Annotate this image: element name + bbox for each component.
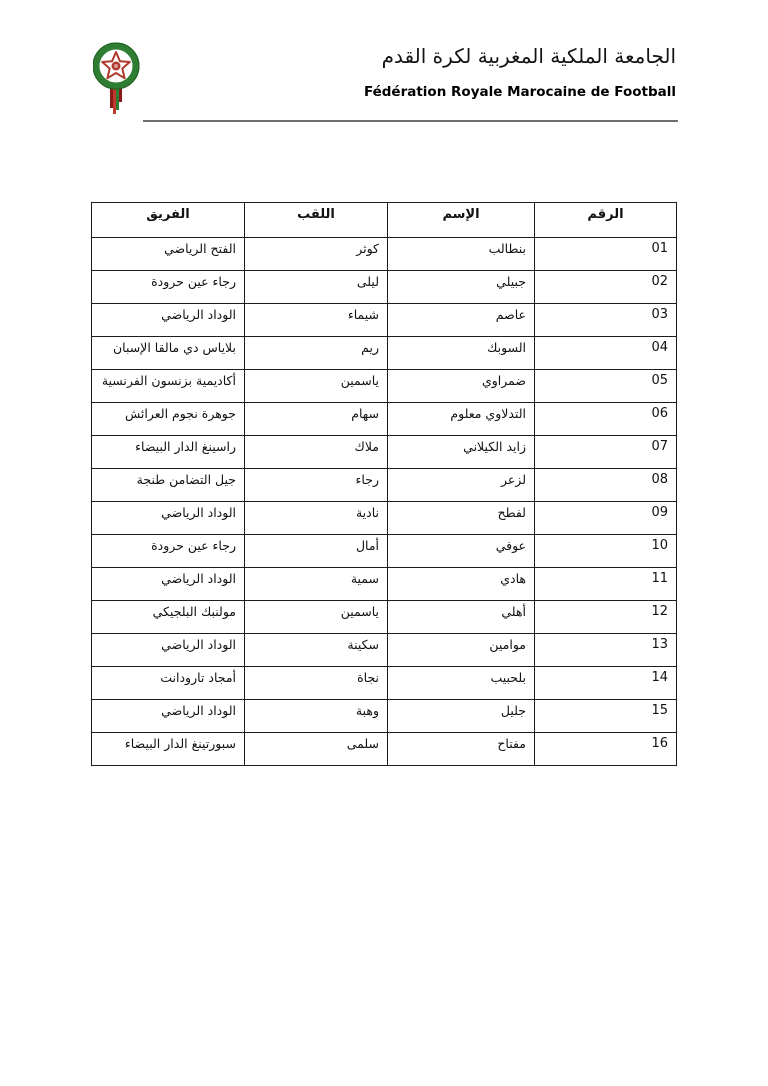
federation-title-arabic: الجامعة الملكية المغربية لكرة القدم: [364, 44, 676, 68]
cell-first-name: أهلي: [388, 601, 535, 634]
cell-number: 03: [535, 304, 677, 337]
cell-team: جيل التضامن طنجة: [92, 469, 245, 502]
table-row: 08 لزعر رجاء جيل التضامن طنجة: [92, 469, 677, 502]
cell-first-name: موامين: [388, 634, 535, 667]
cell-first-name: عاصم: [388, 304, 535, 337]
cell-team: أكاديمية بزنسون الفرنسية: [92, 370, 245, 403]
table-row: 12 أهلي ياسمين مولنبك البلجيكي: [92, 601, 677, 634]
cell-number: 04: [535, 337, 677, 370]
cell-surname: نادية: [245, 502, 388, 535]
cell-surname: كوثر: [245, 238, 388, 271]
cell-number: 07: [535, 436, 677, 469]
table-row: 11 هادي سمية الوداد الرياضي: [92, 568, 677, 601]
frmf-crest-icon: [93, 42, 143, 120]
cell-surname: ياسمين: [245, 370, 388, 403]
cell-team: الوداد الرياضي: [92, 502, 245, 535]
column-header-team: الفريق: [92, 203, 245, 238]
cell-surname: سمية: [245, 568, 388, 601]
cell-team: سبورتينغ الدار البيضاء: [92, 733, 245, 766]
table-row: 09 لفطح نادية الوداد الرياضي: [92, 502, 677, 535]
cell-first-name: هادي: [388, 568, 535, 601]
cell-first-name: عوفي: [388, 535, 535, 568]
cell-surname: ليلى: [245, 271, 388, 304]
cell-number: 12: [535, 601, 677, 634]
cell-number: 01: [535, 238, 677, 271]
cell-surname: ملاك: [245, 436, 388, 469]
cell-team: الوداد الرياضي: [92, 634, 245, 667]
cell-team: رجاء عين حرودة: [92, 271, 245, 304]
cell-number: 15: [535, 700, 677, 733]
table-row: 15 جليل وهبة الوداد الرياضي: [92, 700, 677, 733]
cell-surname: رجاء: [245, 469, 388, 502]
column-header-number: الرقم: [535, 203, 677, 238]
cell-surname: سكينة: [245, 634, 388, 667]
table-row: 07 زايد الكيلاني ملاك راسينغ الدار البيض…: [92, 436, 677, 469]
cell-surname: أمال: [245, 535, 388, 568]
cell-surname: وهبة: [245, 700, 388, 733]
cell-first-name: زايد الكيلاني: [388, 436, 535, 469]
table-row: 01 بنطالب كوثر الفتح الرياضي: [92, 238, 677, 271]
table-row: 16 مفتاح سلمى سبورتينغ الدار البيضاء: [92, 733, 677, 766]
cell-first-name: جبيلي: [388, 271, 535, 304]
cell-number: 06: [535, 403, 677, 436]
table-body: 01 بنطالب كوثر الفتح الرياضي 02 جبيلي لي…: [92, 238, 677, 766]
cell-team: مولنبك البلجيكي: [92, 601, 245, 634]
cell-surname: سهام: [245, 403, 388, 436]
document-page: الجامعة الملكية المغربية لكرة القدم Fédé…: [0, 0, 768, 1086]
cell-surname: نجاة: [245, 667, 388, 700]
cell-first-name: جليل: [388, 700, 535, 733]
cell-number: 16: [535, 733, 677, 766]
cell-first-name: السوبك: [388, 337, 535, 370]
cell-number: 11: [535, 568, 677, 601]
header-titles: الجامعة الملكية المغربية لكرة القدم Fédé…: [364, 44, 676, 100]
cell-number: 13: [535, 634, 677, 667]
cell-team: رجاء عين حرودة: [92, 535, 245, 568]
cell-number: 09: [535, 502, 677, 535]
table-row: 14 بلحبيب نجاة أمجاد تارودانت: [92, 667, 677, 700]
cell-first-name: لفطح: [388, 502, 535, 535]
cell-first-name: بلحبيب: [388, 667, 535, 700]
cell-first-name: ضمراوي: [388, 370, 535, 403]
table-header-row: الرقم الإسم اللقب الفريق: [92, 203, 677, 238]
cell-team: بلاياس دي مالقا الإسبان: [92, 337, 245, 370]
player-roster-table: الرقم الإسم اللقب الفريق 01 بنطالب كوثر …: [91, 202, 677, 766]
cell-first-name: بنطالب: [388, 238, 535, 271]
cell-number: 14: [535, 667, 677, 700]
cell-team: جوهرة نجوم العرائش: [92, 403, 245, 436]
cell-surname: شيماء: [245, 304, 388, 337]
cell-team: الوداد الرياضي: [92, 568, 245, 601]
cell-first-name: لزعر: [388, 469, 535, 502]
cell-surname: ياسمين: [245, 601, 388, 634]
header-divider: [143, 120, 678, 122]
federation-title-french: Fédération Royale Marocaine de Football: [364, 84, 676, 100]
column-header-name: الإسم: [388, 203, 535, 238]
cell-first-name: التدلاوي معلوم: [388, 403, 535, 436]
cell-number: 05: [535, 370, 677, 403]
table-row: 04 السوبك ريم بلاياس دي مالقا الإسبان: [92, 337, 677, 370]
cell-team: الوداد الرياضي: [92, 700, 245, 733]
column-header-surname: اللقب: [245, 203, 388, 238]
cell-number: 10: [535, 535, 677, 568]
table-row: 05 ضمراوي ياسمين أكاديمية بزنسون الفرنسي…: [92, 370, 677, 403]
cell-number: 08: [535, 469, 677, 502]
table-row: 06 التدلاوي معلوم سهام جوهرة نجوم العرائ…: [92, 403, 677, 436]
cell-surname: سلمى: [245, 733, 388, 766]
table-row: 10 عوفي أمال رجاء عين حرودة: [92, 535, 677, 568]
table-row: 13 موامين سكينة الوداد الرياضي: [92, 634, 677, 667]
cell-team: راسينغ الدار البيضاء: [92, 436, 245, 469]
table-row: 02 جبيلي ليلى رجاء عين حرودة: [92, 271, 677, 304]
cell-number: 02: [535, 271, 677, 304]
cell-team: الفتح الرياضي: [92, 238, 245, 271]
cell-team: أمجاد تارودانت: [92, 667, 245, 700]
table-row: 03 عاصم شيماء الوداد الرياضي: [92, 304, 677, 337]
cell-team: الوداد الرياضي: [92, 304, 245, 337]
cell-surname: ريم: [245, 337, 388, 370]
cell-first-name: مفتاح: [388, 733, 535, 766]
